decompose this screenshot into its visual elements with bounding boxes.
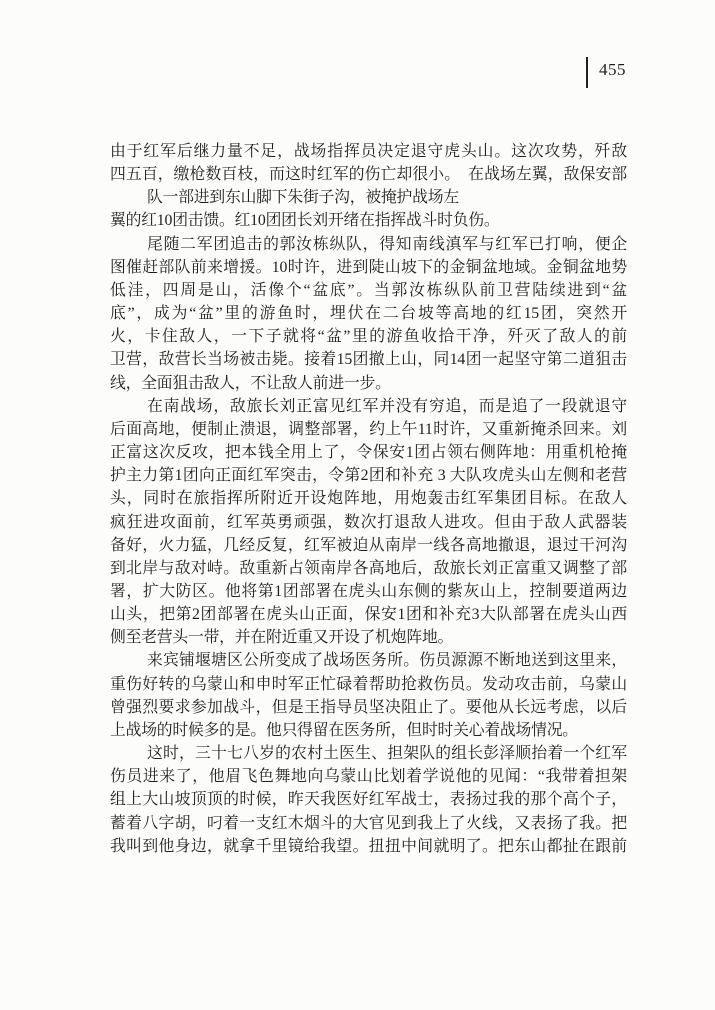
text-line: 后面高地，便制止溃退，调整部署，约上午11时许，又重新掩杀回来。刘 [110,418,627,441]
text-line: 伤员进来了，他眉飞色舞地向乌蒙山比划着学说他的见闻：“我带着担架 [110,765,627,788]
text-line: 护主力第1团向正面红军突击，令第2团和补充 3 大队攻虎头山左侧和老营 [110,464,627,487]
text-line: 疯狂进攻面前，红军英勇顽强，数次打退敌人进攻。但由于敌人武器装 [110,511,627,534]
text-line: 四五百，缴枪数百枝，而这时红军的伤亡却很小。 在战场左翼，敌保安部 [110,163,627,186]
text-line: 署，扩大防区。他将第1团部署在虎头山东侧的紫灰山上，控制要道两边 [110,580,627,603]
text-line: 队一部进到东山脚下朱街子沟，被掩护战场左 [110,186,627,209]
text-line: 我叫到他身边，就拿千里镜给我望。扭扭中间就明了。把东山都扯在跟前 [110,835,627,858]
text-line: 组上大山坡顶顶的时候，昨天我医好红军战士，表扬过我的那个高个子， [110,788,627,811]
text-line: 低洼，四周是山，活像个“盆底”。当郭汝栋纵队前卫营陆续进到“盆 [110,279,627,302]
text-line: 线，全面狙击敌人，不让敌人前进一步。 [110,372,627,395]
book-page: 455 由于红军后继力量不足，战场指挥员决定退守虎头山。这次攻势，歼敌四五百，缴… [0,0,715,1010]
text-line: 尾随二军团追击的郭汝栋纵队，得知南线滇军与红军已打响，便企 [110,233,627,256]
page-number-divider [586,57,588,88]
page-number: 455 [599,60,626,80]
text-line: 正富这次反攻，把本钱全用上了，令保安1团占领右侧阵地：用重机枪掩 [110,441,627,464]
text-line: 头，同时在旅指挥所附近开设炮阵地，用炮轰击红军集团目标。在敌人 [110,487,627,510]
text-line: 卫营，敌营长当场被击毙。接着15团撤上山，同14团一起坚守第二道狙击 [110,348,627,371]
text-line: 山头，把第2团部署在虎头山正面，保安1团和补充3大队部署在虎头山西 [110,603,627,626]
text-line: 图催赶部队前来增援。10时许，进到陡山坡下的金铜盆地域。金铜盆地势 [110,256,627,279]
text-line: 到北岸与敌对峙。敌重新占领南岸各高地后，敌旅长刘正富重又调整了部 [110,557,627,580]
text-line: 上战场的时候多的是。他只得留在医务所，但时时关心着战场情况。 [110,719,627,742]
text-line: 蓄着八字胡，叼着一支红木烟斗的大官见到我上了火线，又表扬了我。把 [110,812,627,835]
text-line: 火，卡住敌人，一下子就将“盆”里的游鱼收拾干净，歼灭了敌人的前 [110,325,627,348]
text-line: 底”，成为“盆”里的游鱼时，埋伏在二台坡等高地的红15团，突然开 [110,302,627,325]
text-line: 侧至老营头一带，并在附近重又开设了机炮阵地。 [110,626,627,649]
text-line: 翼的红10团击馈。红10团团长刘开绪在指挥战斗时负伤。 [110,209,627,232]
text-line: 由于红军后继力量不足，战场指挥员决定退守虎头山。这次攻势，歼敌 [110,140,627,163]
text-line: 备好，火力猛，几经反复，红军被迫从南岸一线各高地撤退，退过干河沟 [110,534,627,557]
text-line: 重伤好转的乌蒙山和申时军正忙碌着帮助抢救伤员。发动攻击前，乌蒙山 [110,673,627,696]
text-line: 在南战场，敌旅长刘正富见红军并没有穷追，而是追了一段就退守 [110,395,627,418]
text-line: 曾强烈要求参加战斗，但是王指导员坚决阻止了。要他从长远考虑，以后 [110,696,627,719]
text-line: 来宾铺堰塘区公所变成了战场医务所。伤员源源不断地送到这里来， [110,649,627,672]
page-text: 由于红军后继力量不足，战场指挥员决定退守虎头山。这次攻势，歼敌四五百，缴枪数百枝… [110,140,627,858]
text-line: 这时，三十七八岁的农村土医生、担架队的组长彭泽顺抬着一个红军 [110,742,627,765]
